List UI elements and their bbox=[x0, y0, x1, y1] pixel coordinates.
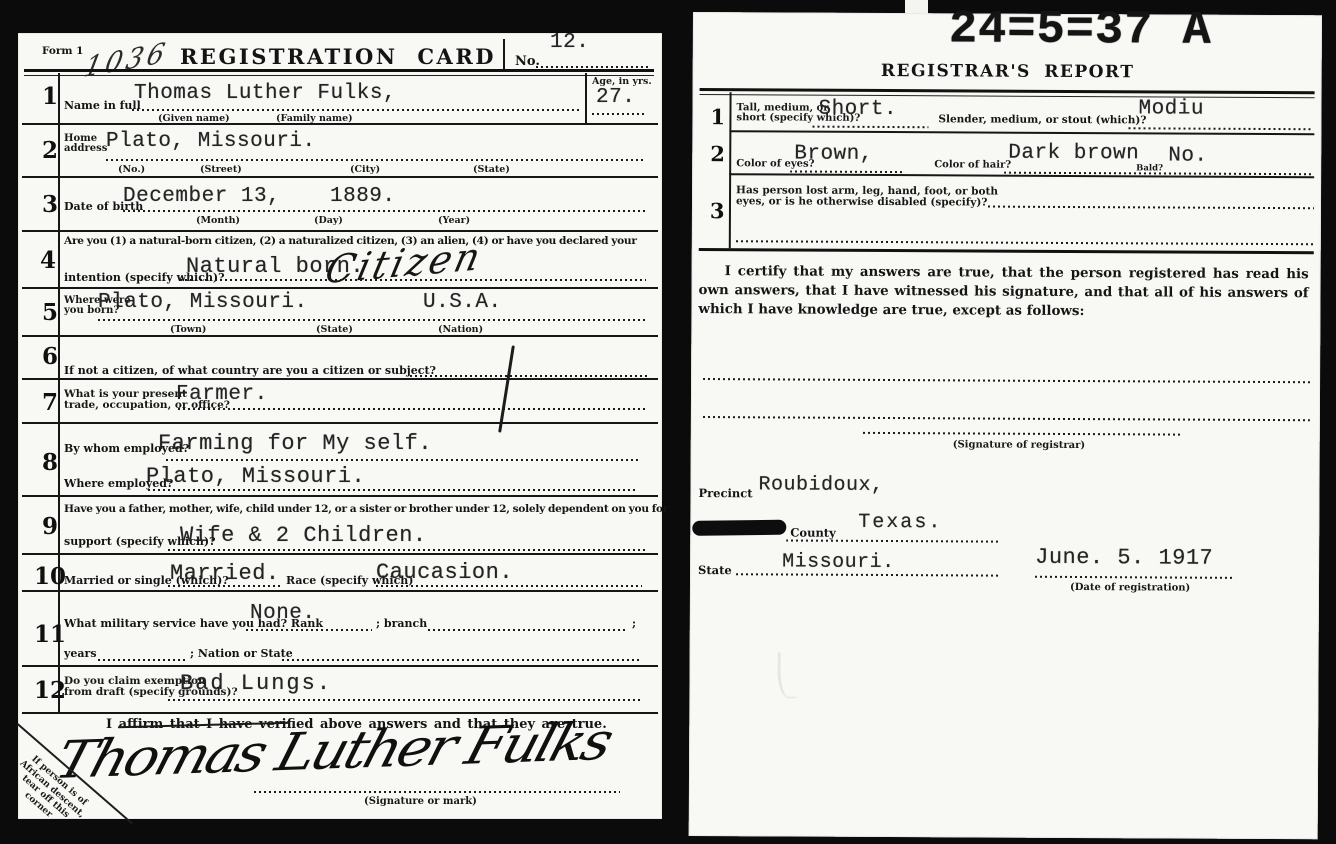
address-city-sublabel: (City) bbox=[350, 164, 380, 175]
exception-line-1 bbox=[703, 378, 1310, 383]
address-street-sublabel: (Street) bbox=[200, 164, 242, 175]
build-value: Modiu bbox=[1138, 97, 1204, 120]
given-name-sublabel: (Given name) bbox=[158, 113, 230, 124]
dob-month-day: December 13, bbox=[123, 185, 280, 208]
state-line bbox=[736, 573, 998, 576]
race-value: Caucasion. bbox=[376, 560, 513, 585]
row-number: 12 bbox=[34, 677, 66, 704]
military-rank-value: None. bbox=[250, 602, 316, 625]
scanned-document: { "colors": { "background": "#0b0b0b", "… bbox=[0, 0, 1336, 844]
faint-pen-mark bbox=[777, 652, 796, 698]
registration-date-value: June. 5. 1917 bbox=[1035, 545, 1213, 571]
born-town-sublabel: (Town) bbox=[170, 324, 206, 335]
dependents-line bbox=[168, 549, 646, 551]
bald-value: No. bbox=[1168, 144, 1207, 167]
eyes-value: Brown, bbox=[794, 143, 873, 166]
employer-value: Farming for My self. bbox=[158, 431, 432, 456]
citizen-line bbox=[180, 279, 646, 281]
form-label: Form 1 bbox=[42, 45, 84, 57]
disability-line-2 bbox=[736, 240, 1314, 245]
address-no-sublabel: (No.) bbox=[118, 164, 145, 175]
redaction-mark bbox=[692, 520, 786, 536]
stamp-number: 24=5=37 A bbox=[949, 3, 1212, 57]
married-line bbox=[168, 585, 280, 587]
where-employed-line bbox=[148, 489, 638, 491]
row-separator bbox=[22, 590, 658, 592]
precinct-label: Precinct bbox=[698, 486, 752, 500]
row-separator bbox=[22, 422, 658, 424]
registrars-report: 24=5=37 A REGISTRAR'S REPORT 1 2 3 Tall,… bbox=[689, 12, 1322, 839]
height-value: Short. bbox=[818, 98, 897, 121]
build-label: Slender, medium, or stout (which)? bbox=[938, 113, 1146, 126]
no-divider-line bbox=[503, 39, 505, 70]
where-employed-value: Plato, Missouri. bbox=[146, 464, 365, 489]
row-separator bbox=[22, 553, 658, 555]
dob-day-sublabel: (Day) bbox=[314, 215, 343, 226]
row-number: 2 bbox=[42, 137, 58, 164]
state-label: State bbox=[698, 563, 732, 577]
exemption-value: Bad Lungs. bbox=[180, 671, 332, 696]
report-row-separator bbox=[729, 130, 1314, 135]
report-bottom-rule bbox=[699, 248, 1314, 254]
report-title: REGISTRAR'S REPORT bbox=[843, 61, 1173, 83]
row-number: 10 bbox=[34, 563, 66, 590]
dob-year: 1889. bbox=[330, 185, 396, 208]
row-separator bbox=[22, 495, 658, 497]
no-dotted-line bbox=[536, 66, 650, 68]
family-name-sublabel: (Family name) bbox=[276, 113, 353, 124]
hair-label: Color of hair? bbox=[934, 159, 1011, 170]
not-citizen-line bbox=[410, 375, 648, 377]
registration-date-sublabel: (Date of registration) bbox=[1070, 582, 1190, 594]
number-column-line bbox=[58, 73, 60, 712]
row-number: 4 bbox=[40, 247, 56, 274]
scan-edge-tab bbox=[905, 0, 928, 14]
height-line bbox=[812, 126, 928, 129]
precinct-value: Roubidoux, bbox=[758, 473, 883, 497]
row-number: 6 bbox=[42, 343, 58, 370]
military-nation-label: ; Nation or State bbox=[190, 647, 293, 660]
dependents-value: Wife & 2 Children. bbox=[180, 523, 427, 548]
name-label: Name in full bbox=[64, 99, 141, 112]
row-number: 3 bbox=[42, 191, 58, 218]
exception-line-2 bbox=[703, 416, 1310, 421]
race-line bbox=[376, 585, 642, 587]
row-number: 3 bbox=[710, 198, 725, 223]
county-line bbox=[786, 539, 998, 542]
row-separator bbox=[22, 230, 658, 232]
address-state-sublabel: (State) bbox=[473, 164, 510, 175]
state-value: Missouri. bbox=[782, 550, 895, 574]
trade-value: Farmer. bbox=[176, 383, 268, 406]
age-column-line bbox=[585, 73, 587, 123]
row-number: 2 bbox=[710, 141, 725, 166]
exemption-line bbox=[168, 699, 642, 701]
dob-year-sublabel: (Year) bbox=[438, 215, 470, 226]
header-rule bbox=[24, 69, 654, 76]
row-separator bbox=[22, 176, 658, 178]
build-line bbox=[1128, 127, 1312, 130]
born-nation-value: U.S.A. bbox=[423, 291, 502, 314]
born-state-sublabel: (State) bbox=[316, 324, 353, 335]
home-label-2: address bbox=[64, 143, 107, 154]
county-value: Texas. bbox=[858, 511, 942, 534]
row-number: 9 bbox=[42, 513, 58, 540]
born-line bbox=[98, 319, 646, 321]
not-citizen-question: If not a citizen, of what country are yo… bbox=[64, 364, 436, 377]
name-value: Thomas Luther Fulks, bbox=[134, 82, 396, 105]
report-number-column-line bbox=[729, 92, 732, 248]
registrar-signature-sublabel: (Signature of registrar) bbox=[953, 439, 1085, 451]
signature-sublabel: (Signature or mark) bbox=[364, 796, 477, 807]
row-number: 8 bbox=[42, 449, 58, 476]
signature-line bbox=[254, 791, 620, 793]
card-title: REGISTRATION CARD bbox=[168, 44, 508, 69]
born-nation-sublabel: (Nation) bbox=[438, 324, 483, 335]
age-value: 27. bbox=[596, 86, 635, 109]
row-number: 1 bbox=[710, 104, 725, 129]
no-value: 12. bbox=[550, 31, 589, 54]
born-place-value: Plato, Missouri. bbox=[98, 291, 308, 314]
military-nation-line bbox=[282, 659, 642, 661]
certification-text: I certify that my answers are true, that… bbox=[698, 262, 1308, 322]
military-branch-line bbox=[428, 629, 628, 631]
row-separator bbox=[22, 335, 658, 337]
dob-line bbox=[123, 210, 646, 212]
row-number: 5 bbox=[42, 299, 58, 326]
pen-stroke bbox=[498, 345, 515, 432]
age-line bbox=[592, 113, 644, 115]
row-number: 11 bbox=[34, 621, 66, 648]
home-address-line bbox=[106, 159, 646, 161]
registration-date-line bbox=[1035, 576, 1235, 579]
military-years-label: years bbox=[64, 647, 97, 660]
registrar-signature-line bbox=[863, 432, 1183, 436]
disability-label-2: eyes, or is he otherwise disabled (speci… bbox=[736, 195, 988, 208]
dob-month-sublabel: (Month) bbox=[196, 215, 240, 226]
married-value: Married. bbox=[170, 561, 280, 586]
row-separator bbox=[22, 665, 658, 667]
name-line bbox=[132, 109, 580, 111]
military-branch-end: ; bbox=[632, 617, 636, 630]
home-address-value: Plato, Missouri. bbox=[106, 130, 316, 153]
dependents-question: Have you a father, mother, wife, child u… bbox=[64, 503, 668, 515]
county-label: County bbox=[790, 526, 836, 540]
hair-value: Dark brown bbox=[1008, 142, 1139, 166]
disability-line-1 bbox=[988, 206, 1314, 210]
trade-line bbox=[178, 408, 646, 410]
row-separator bbox=[22, 378, 658, 380]
row-number: 1 bbox=[42, 83, 58, 110]
handwritten-serial: 1036 bbox=[81, 37, 171, 84]
row-number: 7 bbox=[42, 389, 58, 416]
military-rank-line bbox=[246, 629, 372, 631]
military-years-line bbox=[98, 659, 186, 661]
report-header-rule bbox=[700, 88, 1315, 98]
military-branch-label: ; branch bbox=[376, 617, 427, 630]
registration-card: Form 1 1036 REGISTRATION CARD No. 12. 1 … bbox=[18, 33, 662, 819]
employer-line bbox=[166, 459, 638, 461]
